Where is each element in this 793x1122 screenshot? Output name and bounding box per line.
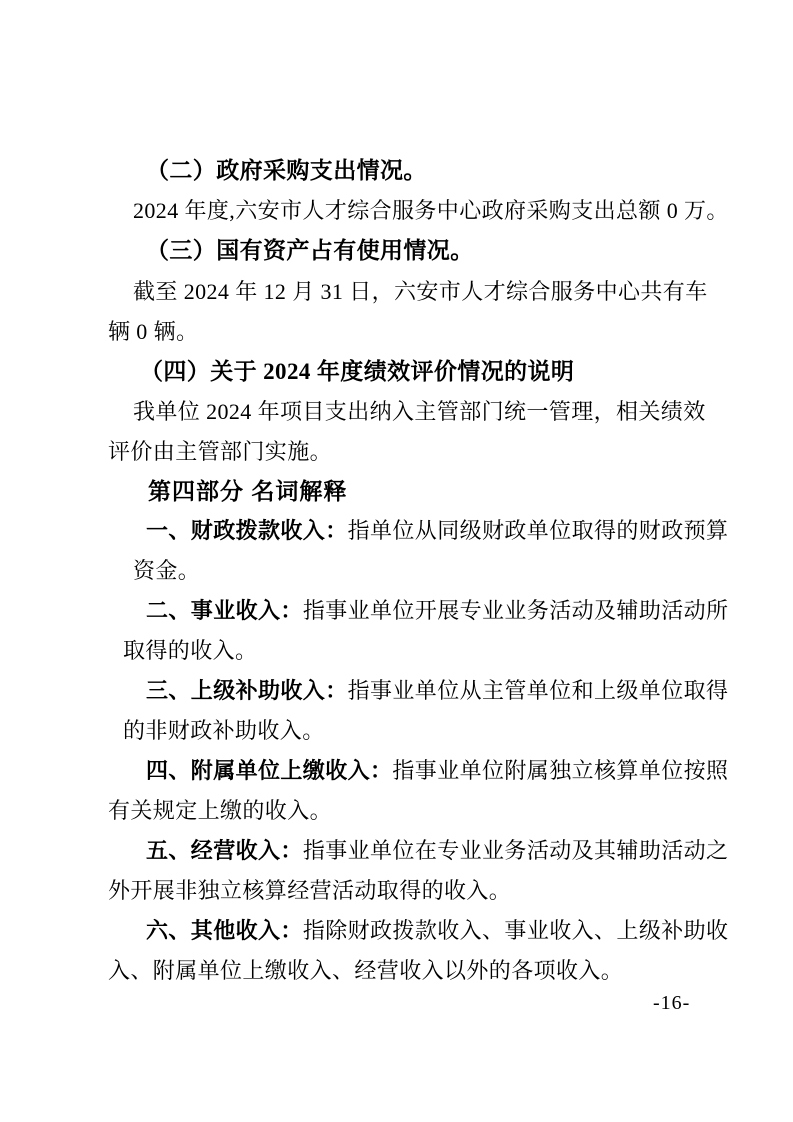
document-page: （二）政府采购支出情况。 2024 年度,六安市人才综合服务中心政府采购支出总额… [0,0,793,1122]
term-label: 二、事业收入： [146,598,303,623]
term-fiscal-appropriation-line-2: 资金。 [133,558,200,584]
term-operating-income-line-1: 二、事业收入：指事业单位开展专业业务活动及辅助活动所 [146,598,728,624]
term-definition: 指事业单位在专业业务活动及其辅助活动之 [303,838,729,863]
page-number: -16- [653,992,690,1015]
title-text: 第四部分 名词解释 [148,478,347,504]
term-definition: 指除财政拨款收入、事业收入、上级补助收 [303,918,729,943]
section-heading-state-assets: （三）国有资产占有使用情况。 [146,238,474,264]
part4-title: 第四部分 名词解释 [148,478,347,504]
term-definition: 指事业单位从主管单位和上级单位取得 [348,678,729,703]
term-fiscal-appropriation-line-1: 一、财政拨款收入：指单位从同级财政单位取得的财政预算 [146,518,728,544]
term-definition: 指事业单位开展专业业务活动及辅助活动所 [303,598,729,623]
section-heading-procurement: （二）政府采购支出情况。 [146,158,427,184]
body-text: 我单位 2024 年项目支出纳入主管部门统一管理，相关绩效 [133,399,706,424]
term-other-income-line-2: 入、附属单位上缴收入、经营收入以外的各项收入。 [108,958,623,984]
heading-text: （二）政府采购支出情况。 [146,158,427,183]
body-text: 取得的收入。 [123,638,257,663]
para-state-assets-line-1: 截至 2024 年 12 月 31 日，六安市人才综合服务中心共有车 [133,279,708,305]
heading-text: （三）国有资产占有使用情况。 [146,238,474,263]
para-performance-line-1: 我单位 2024 年项目支出纳入主管部门统一管理，相关绩效 [133,399,706,425]
para-procurement-line: 2024 年度,六安市人才综合服务中心政府采购支出总额 0 万。 [133,198,729,224]
term-other-income-line-1: 六、其他收入：指除财政拨款收入、事业收入、上级补助收 [146,918,728,944]
term-label: 一、财政拨款收入： [146,518,348,543]
term-affiliated-unit-line-2: 有关规定上缴的收入。 [108,798,332,824]
term-business-income-line-2: 外开展非独立核算经营活动取得的收入。 [108,878,511,904]
body-text: 辆 0 辆。 [108,319,198,344]
body-text: 的非财政补助收入。 [123,718,325,743]
term-business-income-line-1: 五、经营收入：指事业单位在专业业务活动及其辅助活动之 [146,838,728,864]
body-text: 有关规定上缴的收入。 [108,798,332,823]
para-performance-line-2: 评价由主管部门实施。 [108,439,332,465]
term-operating-income-line-2: 取得的收入。 [123,638,257,664]
term-superior-subsidy-line-1: 三、上级补助收入：指事业单位从主管单位和上级单位取得 [146,678,728,704]
section-heading-performance: （四）关于 2024 年度绩效评价情况的说明 [140,359,574,385]
body-text: 截至 2024 年 12 月 31 日，六安市人才综合服务中心共有车 [133,279,708,304]
term-superior-subsidy-line-2: 的非财政补助收入。 [123,718,325,744]
body-text: 外开展非独立核算经营活动取得的收入。 [108,878,511,903]
term-label: 五、经营收入： [146,838,303,863]
term-definition: 指事业单位附属独立核算单位按照 [392,758,728,783]
para-state-assets-line-2: 辆 0 辆。 [108,319,198,345]
body-text: 2024 年度,六安市人才综合服务中心政府采购支出总额 0 万。 [133,198,729,223]
term-affiliated-unit-line-1: 四、附属单位上缴收入：指事业单位附属独立核算单位按照 [146,758,728,784]
term-label: 三、上级补助收入： [146,678,348,703]
term-label: 四、附属单位上缴收入： [146,758,392,783]
body-text: 评价由主管部门实施。 [108,439,332,464]
term-label: 六、其他收入： [146,918,303,943]
term-definition: 指单位从同级财政单位取得的财政预算 [348,518,729,543]
body-text: 入、附属单位上缴收入、经营收入以外的各项收入。 [108,958,623,983]
heading-text: （四）关于 2024 年度绩效评价情况的说明 [140,359,574,384]
body-text: 资金。 [133,558,200,583]
